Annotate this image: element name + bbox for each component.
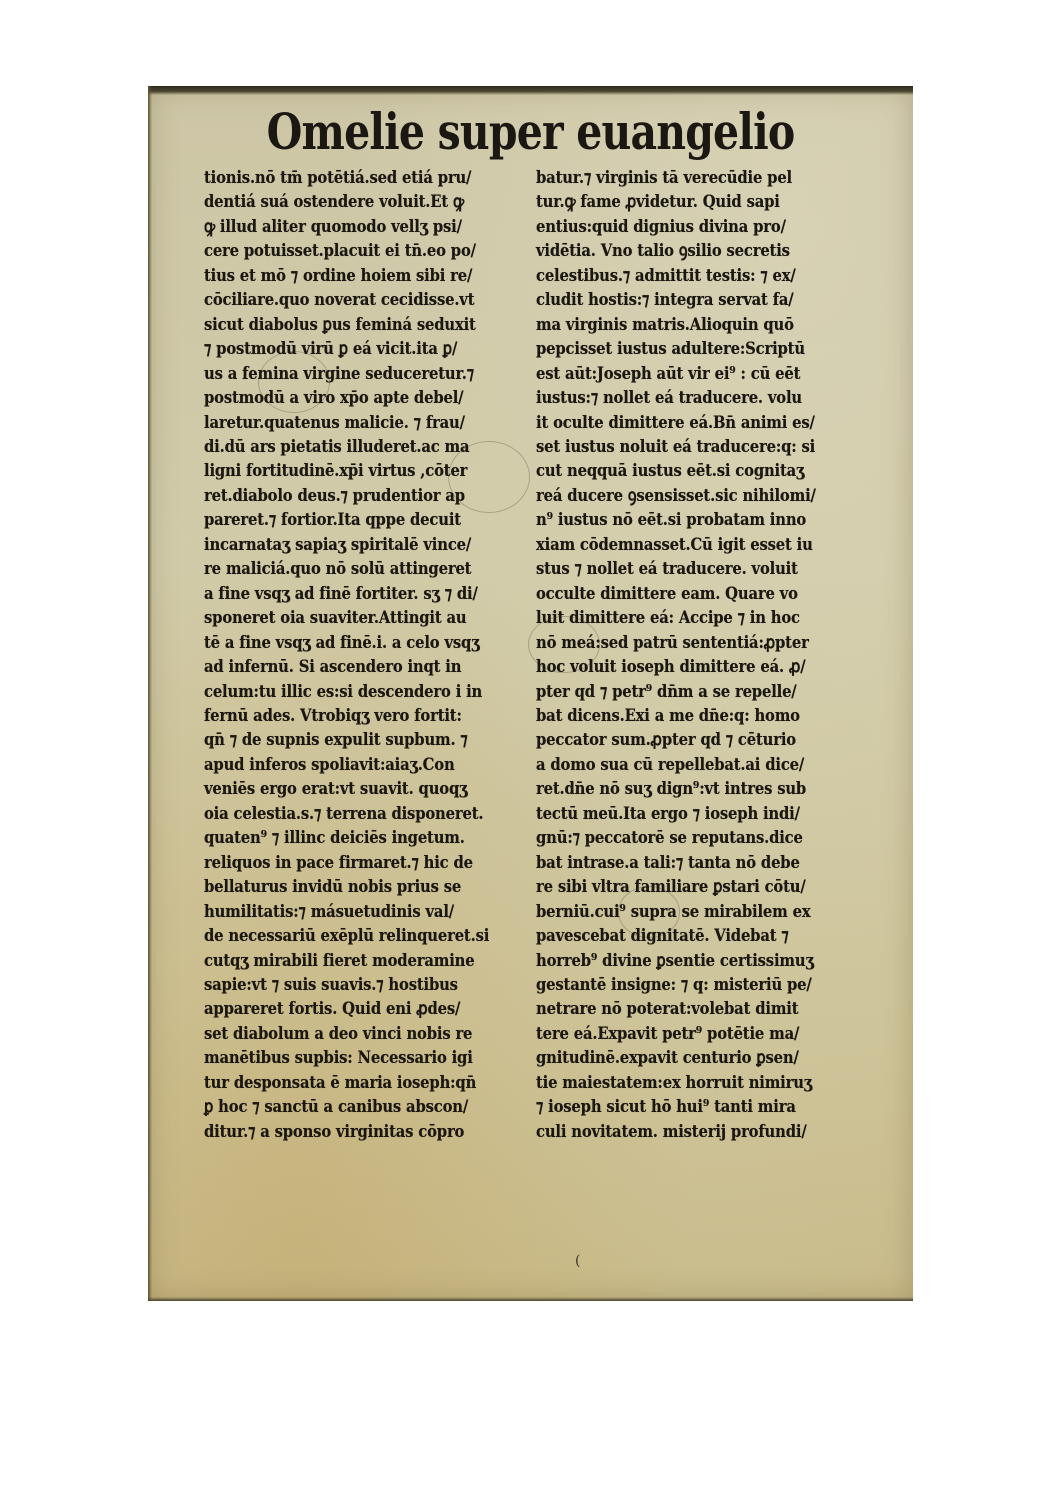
text-line: fernū ades. Vtrobiqʒ vero fortit: — [204, 704, 488, 728]
text-line: tionis.nō tm̄ potētiá.sed etiá pru/ — [204, 166, 488, 190]
text-line: humilitatis:⁊ másuetudinis val/ — [204, 900, 488, 924]
text-line: sponeret oia suaviter.Attingit au — [204, 606, 488, 630]
text-line: ma virginis matris.Alioquin quō — [536, 313, 820, 337]
text-line: reliquos in pace firmaret.⁊ hic de — [204, 851, 488, 875]
text-line: n⁹ iustus nō eēt.si probatam inno — [536, 508, 820, 532]
text-line: vidētia. Vno talio ꝯsilio secretis — [536, 239, 820, 263]
text-line: bat intrase.a tali:⁊ tanta nō debe — [536, 851, 820, 875]
text-line: oia celestia.s.⁊ terrena disponeret. — [204, 802, 488, 826]
text-line: re sibi vltra familiare ꝑstari cōtu/ — [536, 875, 820, 899]
text-line: it oculte dimittere eá.Bn̄ animi es/ — [536, 411, 820, 435]
text-line: peccator sum.ꝓpter qd ⁊ cēturio — [536, 728, 820, 752]
text-line: pepcisset iustus adultere:Scriptū — [536, 337, 820, 361]
text-line: cere potuisset.placuit ei tn̄.eo po/ — [204, 239, 488, 263]
running-head: Omelie super euangelio — [217, 102, 844, 161]
text-line: set diabolum a deo vinci nobis re — [204, 1022, 488, 1046]
text-line: entius:quid dignius divina pro/ — [536, 215, 820, 239]
text-line: ⁊ postmodū virū ꝑ eá vicit.ita ꝑ/ — [204, 337, 488, 361]
text-line: hoc voluit ioseph dimittere eá. ꝓ/ — [536, 655, 820, 679]
text-line: us a femina virgine seduceretur.⁊ — [204, 362, 488, 386]
text-line: cut neqquā iustus eēt.si cognitaʒ — [536, 459, 820, 483]
text-line: bat dicens.Exi a me dn̄e:q: homo — [536, 704, 820, 728]
text-line: manētibus supbis: Necessario igi — [204, 1046, 488, 1070]
text-line: veniēs ergo erat:vt suavit. quoqʒ — [204, 777, 488, 801]
text-line: apud inferos spoliavit:aiaʒ.Con — [204, 753, 488, 777]
text-line: berniū.cui⁹ supra se mirabilem ex — [536, 900, 820, 924]
text-line: a domo sua cū repellebat.ai dice/ — [536, 753, 820, 777]
text-line: tur.ꝙ fame ꝓvidetur. Quid sapi — [536, 190, 820, 214]
text-line: di.dū ars pietatis illuderet.ac ma — [204, 435, 488, 459]
text-line: gestantē insigne: ⁊ q: misteriū pe/ — [536, 973, 820, 997]
text-line: tē a fine vsqʒ ad finē.i. a celo vsqʒ — [204, 631, 488, 655]
page-top-edge — [148, 86, 913, 95]
text-line: set iustus noluit eá traducere:q: si — [536, 435, 820, 459]
text-line: pavescebat dignitatē. Videbat ⁊ — [536, 924, 820, 948]
text-column-left: tionis.nō tm̄ potētiá.sed etiá pru/ dent… — [204, 166, 534, 1144]
text-line: ꝑ hoc ⁊ sanctū a canibus abscon/ — [204, 1095, 488, 1119]
text-line: incarnataʒ sapiaʒ spiritalē vince/ — [204, 533, 488, 557]
text-line: laretur.quatenus malicie. ⁊ frau/ — [204, 411, 488, 435]
text-line: ditur.⁊ a sponso virginitas cōpro — [204, 1120, 488, 1144]
text-line: tere eá.Expavit petr⁹ potētie ma/ — [536, 1022, 820, 1046]
text-line: re maliciá.quo nō solū attingeret — [204, 557, 488, 581]
text-line: postmodū a viro xp̄o apte debel/ — [204, 386, 488, 410]
text-line: tur desponsata ē maria ioseph:qn̄ — [204, 1071, 488, 1095]
text-line: appareret fortis. Quid eni ꝓdes/ — [204, 997, 488, 1021]
text-line: nō meá:sed patrū sententiá:ꝓpter — [536, 631, 820, 655]
text-line: netrare nō poterat:volebat dimit — [536, 997, 820, 1021]
page-left-edge — [148, 86, 152, 1301]
page-bottom-edge — [148, 1297, 913, 1301]
text-line: gnū:⁊ peccatorē se reputans.dice — [536, 826, 820, 850]
text-line: ⁊ ioseph sicut hō hui⁹ tanti mira — [536, 1095, 820, 1119]
text-line: sapie:vt ⁊ suis suavis.⁊ hostibus — [204, 973, 488, 997]
text-line: ret.dn̄e nō suʒ dign⁹:vt intres sub — [536, 777, 820, 801]
text-line: a fine vsqʒ ad finē fortiter. sʒ ⁊ di/ — [204, 582, 488, 606]
text-line: stus ⁊ nollet eá traducere. voluit — [536, 557, 820, 581]
text-line: cōciliare.quo noverat cecidisse.vt — [204, 288, 488, 312]
text-line: celestibus.⁊ admittit testis: ⁊ ex/ — [536, 264, 820, 288]
text-line: ꝙ illud aliter quomodo vellʒ psi/ — [204, 215, 488, 239]
text-line: batur.⁊ virginis tā verecūdie pel — [536, 166, 820, 190]
text-line: gnitudinē.expavit centurio ꝑsen/ — [536, 1046, 820, 1070]
text-line: est aūt:Joseph aūt vir ei⁹ : cū eēt — [536, 362, 820, 386]
text-line: quaten⁹ ⁊ illinc deiciēs ingetum. — [204, 826, 488, 850]
text-line: bellaturus invidū nobis prius se — [204, 875, 488, 899]
text-line: pter qd ⁊ petr⁹ dn̄m a se repelle/ — [536, 680, 820, 704]
text-line: culi novitatem. misterij profundi/ — [536, 1120, 820, 1144]
text-line: horreb⁹ divine ꝑsentie certissimuʒ — [536, 949, 820, 973]
text-line: sicut diabolus ꝑus feminá seduxit — [204, 313, 488, 337]
text-line: cutqʒ mirabili fieret moderamine — [204, 949, 488, 973]
text-line: tie maiestatem:ex horruit nimiruʒ — [536, 1071, 820, 1095]
text-line: reá ducere ꝯsensisset.sic nihilomi/ — [536, 484, 820, 508]
text-line: ligni fortitudinē.xp̄i virtus ,cōter — [204, 459, 488, 483]
book-page: Omelie super euangelio tionis.nō tm̄ pot… — [148, 86, 913, 1301]
text-line: iustus:⁊ nollet eá traducere. volu — [536, 386, 820, 410]
text-line: celum:tu illic es:si descendero i in — [204, 680, 488, 704]
text-line: luit dimittere eá: Accipe ⁊ in hoc — [536, 606, 820, 630]
text-line: occulte dimittere eam. Quare vo — [536, 582, 820, 606]
text-line: cludit hostis:⁊ integra servat fa/ — [536, 288, 820, 312]
text-line: pareret.⁊ fortior.Ita qppe decuit — [204, 508, 488, 532]
paper-speck: ( — [575, 1253, 580, 1269]
text-line: qn̄ ⁊ de supnis expulit supbum. ⁊ — [204, 728, 488, 752]
text-line: ret.diabolo deus.⁊ prudentior ap — [204, 484, 488, 508]
text-line: dentiá suá ostendere voluit.Et ꝙ — [204, 190, 488, 214]
text-line: xiam cōdemnasset.Cū igit esset iu — [536, 533, 820, 557]
text-line: de necessariū exēplū relinqueret.si — [204, 924, 488, 948]
text-line: tius et mō ⁊ ordine hoiem sibi re/ — [204, 264, 488, 288]
text-line: ad infernū. Si ascendero inqt in — [204, 655, 488, 679]
text-column-right: batur.⁊ virginis tā verecūdie pel tur.ꝙ … — [536, 166, 866, 1144]
text-line: tectū meū.Ita ergo ⁊ ioseph indi/ — [536, 802, 820, 826]
